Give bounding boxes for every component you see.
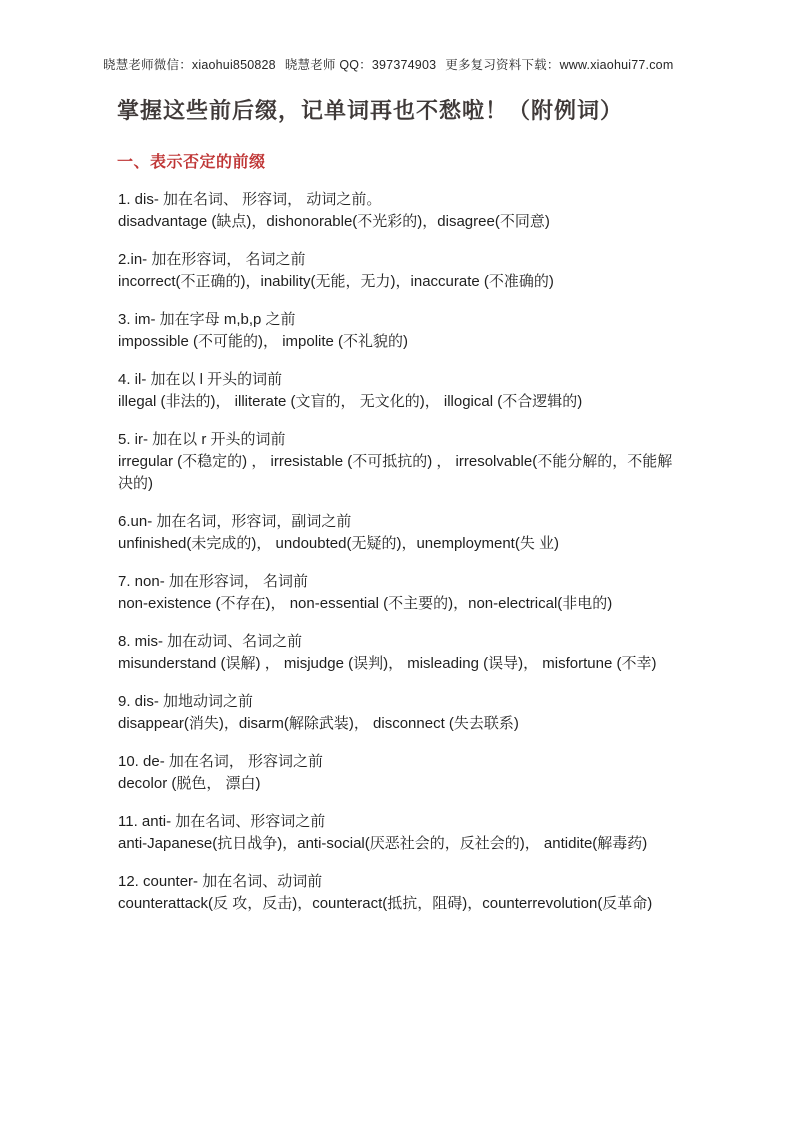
qq-label: 晓慧老师 QQ：: [285, 58, 372, 72]
prefix-list: 1. dis- 加在名词、 形容词， 动词之前。 disadvantage (缺…: [118, 189, 678, 931]
item-heading: 4. il- 加在以 l 开头的词前: [118, 369, 678, 391]
item-heading: 3. im- 加在字母 m,b,p 之前: [118, 309, 678, 331]
prefix-item-counter: 12. counter- 加在名词、动词前 counterattack(反 攻，…: [118, 871, 678, 915]
prefix-item-un: 6.un- 加在名词，形容词，副词之前 unfinished(未完成的)， un…: [118, 511, 678, 555]
prefix-item-im: 3. im- 加在字母 m,b,p 之前 impossible (不可能的)， …: [118, 309, 678, 353]
item-example: anti-Japanese(抗日战争)，anti-social(厌恶社会的，反社…: [118, 833, 678, 855]
page-header-contact: 晓慧老师微信：xiaohui850828晓慧老师 QQ：397374903更多复…: [103, 55, 673, 73]
prefix-item-mis: 8. mis- 加在动词、名词之前 misunderstand (误解) ， m…: [118, 631, 678, 675]
prefix-item-ir: 5. ir- 加在以 r 开头的词前 irregular (不稳定的) ， ir…: [118, 429, 678, 495]
document-page: 晓慧老师微信：xiaohui850828晓慧老师 QQ：397374903更多复…: [0, 0, 793, 1122]
item-heading: 6.un- 加在名词，形容词，副词之前: [118, 511, 678, 533]
item-heading: 10. de- 加在名词， 形容词之前: [118, 751, 678, 773]
page-title: 掌握这些前后缀，记单词再也不愁啦！（附例词）: [117, 94, 623, 125]
prefix-item-non: 7. non- 加在形容词， 名词前 non-existence (不存在)， …: [118, 571, 678, 615]
download-label: 更多复习资料下载：: [445, 58, 559, 72]
wechat-label: 晓慧老师微信：: [103, 58, 192, 72]
prefix-item-anti: 11. anti- 加在名词、形容词之前 anti-Japanese(抗日战争)…: [118, 811, 678, 855]
item-heading: 2.in- 加在形容词， 名词之前: [118, 249, 678, 271]
prefix-item-dis: 1. dis- 加在名词、 形容词， 动词之前。 disadvantage (缺…: [118, 189, 678, 233]
wechat-value: xiaohui850828: [192, 58, 276, 72]
item-heading: 12. counter- 加在名词、动词前: [118, 871, 678, 893]
item-example: disadvantage (缺点)，dishonorable(不光彩的)，dis…: [118, 211, 678, 233]
item-heading: 9. dis- 加地动词之前: [118, 691, 678, 713]
item-example: counterattack(反 攻，反击)，counteract(抵抗，阻碍)，…: [118, 893, 678, 915]
qq-value: 397374903: [372, 58, 436, 72]
item-example: illegal (非法的)， illiterate (文盲的， 无文化的)， i…: [118, 391, 678, 413]
item-example: misunderstand (误解) ， misjudge (误判)， misl…: [118, 653, 678, 675]
prefix-item-dis2: 9. dis- 加地动词之前 disappear(消失)，disarm(解除武装…: [118, 691, 678, 735]
prefix-item-de: 10. de- 加在名词， 形容词之前 decolor (脱色， 漂白): [118, 751, 678, 795]
item-heading: 7. non- 加在形容词， 名词前: [118, 571, 678, 593]
item-example: non-existence (不存在)， non-essential (不主要的…: [118, 593, 678, 615]
download-url: www.xiaohui77.com: [560, 58, 674, 72]
item-example: unfinished(未完成的)， undoubted(无疑的)，unemplo…: [118, 533, 678, 555]
prefix-item-in: 2.in- 加在形容词， 名词之前 incorrect(不正确的)，inabil…: [118, 249, 678, 293]
prefix-item-il: 4. il- 加在以 l 开头的词前 illegal (非法的)， illite…: [118, 369, 678, 413]
item-example: decolor (脱色， 漂白): [118, 773, 678, 795]
item-example: disappear(消失)，disarm(解除武装)， disconnect (…: [118, 713, 678, 735]
item-example: impossible (不可能的)， impolite (不礼貌的): [118, 331, 678, 353]
item-heading: 1. dis- 加在名词、 形容词， 动词之前。: [118, 189, 678, 211]
item-example: irregular (不稳定的) ， irresistable (不可抵抗的) …: [118, 451, 678, 495]
item-heading: 8. mis- 加在动词、名词之前: [118, 631, 678, 653]
item-heading: 5. ir- 加在以 r 开头的词前: [118, 429, 678, 451]
item-heading: 11. anti- 加在名词、形容词之前: [118, 811, 678, 833]
section-heading-negative-prefixes: 一、表示否定的前缀: [117, 149, 266, 172]
item-example: incorrect(不正确的)，inability(无能，无力)，inaccur…: [118, 271, 678, 293]
